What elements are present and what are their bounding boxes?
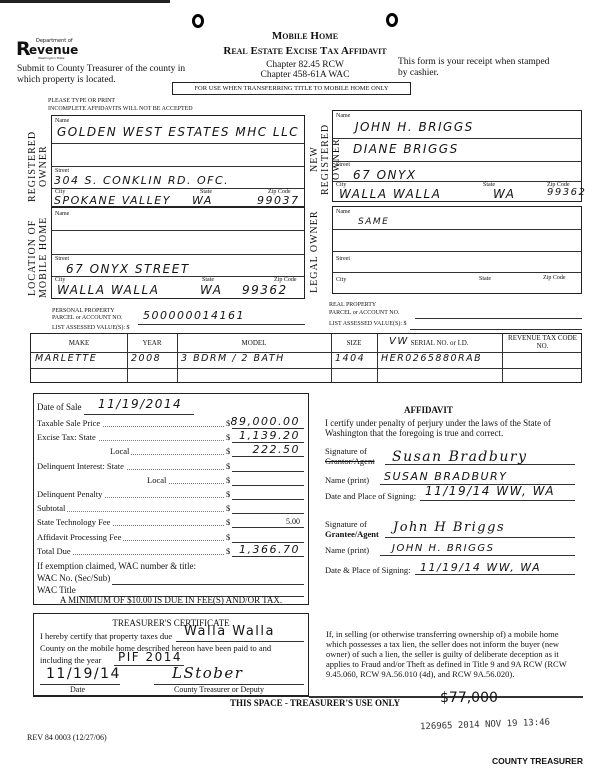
sale-line: Excise Tax: State — [37, 432, 224, 442]
label-zip: Zip Code — [543, 275, 566, 281]
amount-line — [232, 527, 304, 528]
sale-line: Local — [147, 475, 224, 485]
table-cell[interactable]: 2008 — [131, 353, 161, 364]
form-title: Mobile Home Real Estate Excise Tax Affid… — [190, 30, 420, 80]
date-of-sale-label: Date of Sale — [37, 402, 81, 412]
divider — [52, 230, 304, 231]
sale-line: Taxable Sale Price — [37, 418, 224, 428]
sale-line-value[interactable]: 222.50 — [253, 443, 301, 456]
table-cell[interactable]: 1404 — [335, 353, 365, 364]
scan-edge — [0, 0, 170, 3]
receipt-note: This form is your receipt when stamped b… — [398, 57, 558, 79]
table-header-cell: SIZE — [331, 339, 377, 347]
divider — [333, 229, 581, 230]
sale-line-label: Local — [110, 446, 131, 456]
grantor-sig-label1: Signature of — [325, 446, 375, 456]
legal-owner-label: LEGAL OWNER — [309, 207, 333, 297]
grantor-name[interactable]: SUSAN BRADBURY — [384, 470, 507, 483]
location-state[interactable]: WA — [200, 283, 222, 297]
new-owner-name2[interactable]: DIANE BRIGGS — [353, 142, 459, 156]
label-name: Name — [336, 113, 350, 119]
divider — [333, 251, 581, 252]
grantee-name-label: Name (print) — [325, 545, 369, 555]
new-owner-city[interactable]: WALLA WALLA — [339, 187, 441, 201]
table-header-cell: REVENUE TAX CODE NO. — [502, 334, 583, 350]
grantor-date-line — [420, 500, 575, 501]
divider — [52, 143, 304, 144]
legal-owner-name[interactable]: SAME — [358, 217, 389, 227]
grantor-date-label: Date and Place of Signing: — [325, 491, 416, 501]
grantee-signature[interactable]: John H Briggs — [393, 520, 505, 535]
location-label: LOCATION OF MOBILE HOME — [27, 210, 51, 305]
sale-line: Delinquent Interest: State — [37, 461, 224, 471]
amount-line — [232, 456, 304, 457]
real-parcel-line — [415, 318, 582, 319]
label-street: Street — [336, 256, 350, 262]
affidavit-title: AFFIDAVIT — [404, 405, 453, 415]
exemption-label: If exemption claimed, WAC number & title… — [37, 561, 196, 571]
dollar-sign: $ — [226, 432, 230, 442]
chapter-wac: Chapter 458-61A WAC — [190, 70, 420, 80]
registered-owner-city[interactable]: SPOKANE VALLEY — [54, 194, 171, 207]
chapter-rcw: Chapter 82.45 RCW — [190, 60, 420, 70]
county-line — [176, 641, 304, 642]
grantee-name[interactable]: JOHN H. BRIGGS — [392, 543, 494, 554]
amount-line — [232, 513, 304, 514]
sale-line-label: Local — [147, 475, 168, 485]
sale-line-label: Delinquent Penalty — [37, 489, 104, 499]
dollar-sign: $ — [226, 446, 230, 456]
divider — [52, 254, 304, 255]
amount-line — [232, 485, 304, 486]
divider — [52, 188, 304, 189]
lien-notice: If, in selling (or otherwise transferrin… — [326, 629, 576, 679]
grantor-signature[interactable]: Susan Bradbury — [392, 449, 527, 465]
divider — [52, 166, 304, 167]
sale-line-value[interactable]: 89,000.00 — [231, 415, 300, 428]
table-header-cell: MODEL — [177, 339, 331, 347]
label-name: Name — [336, 209, 350, 215]
legal-owner-box: Name SAME Street City State Zip Code — [332, 206, 582, 294]
treasurer-certificate: TREASURER'S CERTIFICATE I hereby certify… — [33, 613, 309, 697]
new-owner-state[interactable]: WA — [493, 187, 515, 201]
new-registered-owner-label: NEW REGISTERED OWNER — [309, 112, 333, 207]
new-owner-street[interactable]: 67 ONYX — [353, 168, 417, 182]
treasurer-date-label: Date — [70, 685, 85, 694]
registered-owner-box: Name GOLDEN WEST ESTATES MHC LLC Street … — [51, 115, 305, 207]
affidavit-text: I certify under penalty of perjury under… — [325, 418, 565, 438]
wac-no-label: WAC No. (Sec/Sub) — [37, 573, 110, 583]
real-property-label: REAL PROPERTY — [329, 302, 376, 308]
grantee-sig-line — [385, 537, 575, 538]
sale-line-label: Subtotal — [37, 503, 67, 513]
dollar-sign: $ — [226, 461, 230, 471]
treasurer-year[interactable]: PIF 2014 — [118, 650, 182, 664]
grantee-sig-label: Signature of Grantee/Agent — [325, 519, 379, 539]
new-owner-name[interactable]: JOHN H. BRIGGS — [355, 120, 474, 134]
label-name: Name — [55, 211, 69, 217]
serial-annotation: VW — [389, 336, 409, 347]
personal-parcel-value[interactable]: 500000014161 — [143, 309, 245, 322]
table-header-cell: YEAR — [127, 339, 177, 347]
sale-line: Affidavit Processing Fee — [37, 532, 224, 542]
dollar-sign: $ — [226, 503, 230, 513]
divider — [333, 181, 581, 182]
real-parcel-label: PARCEL or ACCOUNT NO. — [329, 310, 399, 316]
form-number: REV 84 0003 (12/27/06) — [27, 733, 107, 742]
home-table: MAKEYEARMODELSIZESERIAL NO. or I.D.REVEN… — [30, 333, 582, 383]
sale-box: Date of Sale 11/19/2014 Taxable Sale Pri… — [33, 393, 309, 605]
registered-owner-state[interactable]: WA — [192, 194, 213, 207]
receipt-stamp: 126965 2014 NOV 19 13:46 — [420, 718, 550, 733]
dollar-sign: $ — [226, 532, 230, 542]
table-header-cell: MAKE — [31, 339, 127, 347]
divider — [333, 138, 581, 139]
divider — [31, 352, 581, 353]
sale-line: Subtotal — [37, 503, 224, 513]
treasurer-line1: I hereby certify that property taxes due — [40, 631, 172, 641]
table-cell[interactable]: HER0265880RAB — [381, 353, 482, 364]
wac-no-line — [112, 584, 304, 585]
dollar-sign: $ — [226, 517, 230, 527]
registered-owner-street[interactable]: 304 S. CONKLIN RD. OFC. — [54, 174, 229, 187]
personal-assessed-label: LIST ASSESSED VALUE(S): $ — [52, 325, 130, 331]
table-cell[interactable]: 3 BDRM / 2 BATH — [181, 353, 285, 364]
title-line1: Mobile Home — [190, 30, 420, 42]
dollar-sign: $ — [226, 546, 230, 556]
personal-property-label: PERSONAL PROPERTY — [52, 308, 115, 314]
sale-line-value[interactable]: 5.00 — [286, 517, 300, 526]
sale-line: State Technology Fee — [37, 517, 224, 527]
grantee-sig-label2: Grantee/Agent — [325, 529, 379, 539]
registered-owner-zip[interactable]: 99037 — [257, 194, 300, 207]
location-zip[interactable]: 99362 — [242, 283, 288, 297]
personal-parcel-label: PARCEL or ACCOUNT NO. — [52, 315, 122, 321]
treasurer-use-label: THIS SPACE - TREASURER'S USE ONLY — [230, 698, 400, 708]
sale-line-label: Affidavit Processing Fee — [37, 532, 123, 542]
date-of-sale-value[interactable]: 11/19/2014 — [98, 397, 182, 411]
divider — [333, 272, 581, 273]
new-owner-zip[interactable]: 99362 — [547, 187, 586, 198]
agency-name: evenue — [29, 43, 78, 57]
dollar-sign: $ — [226, 475, 230, 485]
amount-line — [232, 471, 304, 472]
grantor-sig-label: Signature of Grantor/Agent — [325, 446, 375, 466]
treasurer-line3: including the year — [40, 655, 101, 665]
sale-line-label: Excise Tax: State — [37, 432, 98, 442]
label-street: Street — [336, 162, 350, 168]
handwritten-amount: $77,000 — [440, 690, 498, 706]
amount-line — [232, 556, 304, 557]
sale-line-label: Total Due — [37, 546, 73, 556]
label-city: City — [336, 277, 346, 283]
sale-line-value[interactable]: 1,366.70 — [239, 543, 300, 556]
date-of-sale-line — [84, 414, 194, 415]
registered-owner-label: REGISTERED OWNER — [27, 120, 51, 212]
location-city[interactable]: WALLA WALLA — [57, 283, 159, 297]
sale-line: Local — [110, 446, 224, 456]
county-treasurer-stamp: COUNTY TREASURER — [492, 756, 583, 766]
grantor-date[interactable]: 11/19/14 WW, WA — [425, 484, 555, 498]
instruction-print: PLEASE TYPE OR PRINT — [48, 98, 115, 104]
grantee-sig-label1: Signature of — [325, 519, 379, 529]
sale-line-label: State Technology Fee — [37, 517, 112, 527]
location-box: Name Street 67 ONYX STREET City State Zi… — [51, 207, 305, 299]
agency-sub: Washington State — [38, 56, 65, 60]
dollar-sign: $ — [226, 489, 230, 499]
divider — [31, 368, 581, 369]
new-registered-owner-box: Name JOHN H. BRIGGS DIANE BRIGGS Street … — [332, 110, 582, 202]
grantee-name-line — [380, 555, 575, 556]
divider — [52, 276, 304, 277]
treasurer-sig-label: County Treasurer or Deputy — [174, 685, 264, 694]
label-state: State — [479, 276, 491, 282]
table-cell[interactable]: MARLETTE — [35, 353, 97, 364]
real-assessed-label: LIST ASSESSED VALUE(S): $ — [329, 321, 407, 327]
title-line2: Real Estate Excise Tax Affidavit — [190, 45, 420, 57]
personal-parcel-line — [138, 324, 305, 325]
location-street[interactable]: 67 ONYX STREET — [66, 262, 190, 276]
submit-note: Submit to County Treasurer of the county… — [17, 64, 187, 86]
grantee-date-line — [415, 574, 575, 575]
divider — [333, 161, 581, 162]
treasurer-county[interactable]: Walla Walla — [184, 624, 275, 639]
sale-line-value[interactable]: 1,139.20 — [239, 429, 300, 442]
amount-line — [232, 499, 304, 500]
real-assessed-line — [410, 329, 582, 330]
punch-hole-right — [386, 13, 398, 27]
treasurer-signature[interactable]: LStober — [172, 664, 243, 682]
wac-title-label: WAC Title — [37, 585, 76, 595]
use-banner: FOR USE WHEN TRANSFERRING TITLE TO MOBIL… — [172, 82, 411, 95]
grantor-sig-label2: Grantor/Agent — [325, 456, 375, 466]
grantee-date[interactable]: 11/19/14 WW, WA — [420, 561, 541, 574]
registered-owner-name[interactable]: GOLDEN WEST ESTATES MHC LLC — [57, 125, 299, 139]
sale-line: Total Due — [37, 546, 224, 556]
label-name: Name — [55, 118, 69, 124]
sale-line-label: Taxable Sale Price — [37, 418, 102, 428]
grantor-name-label: Name (print) — [325, 475, 369, 485]
instruction-incomplete: INCOMPLETE AFFIDAVITS WILL NOT BE ACCEPT… — [48, 106, 193, 112]
minimum-note: A MINIMUM OF $10.00 IS DUE IN FEE(S) AND… — [34, 595, 308, 605]
sale-line-label: Delinquent Interest: State — [37, 461, 126, 471]
sale-line: Delinquent Penalty — [37, 489, 224, 499]
revenue-logo: R Department of evenue Washington State — [16, 38, 86, 60]
grantee-date-label: Date & Place of Signing: — [325, 565, 410, 575]
treasurer-date[interactable]: 11/19/14 — [46, 666, 121, 682]
punch-hole-left — [192, 14, 204, 28]
